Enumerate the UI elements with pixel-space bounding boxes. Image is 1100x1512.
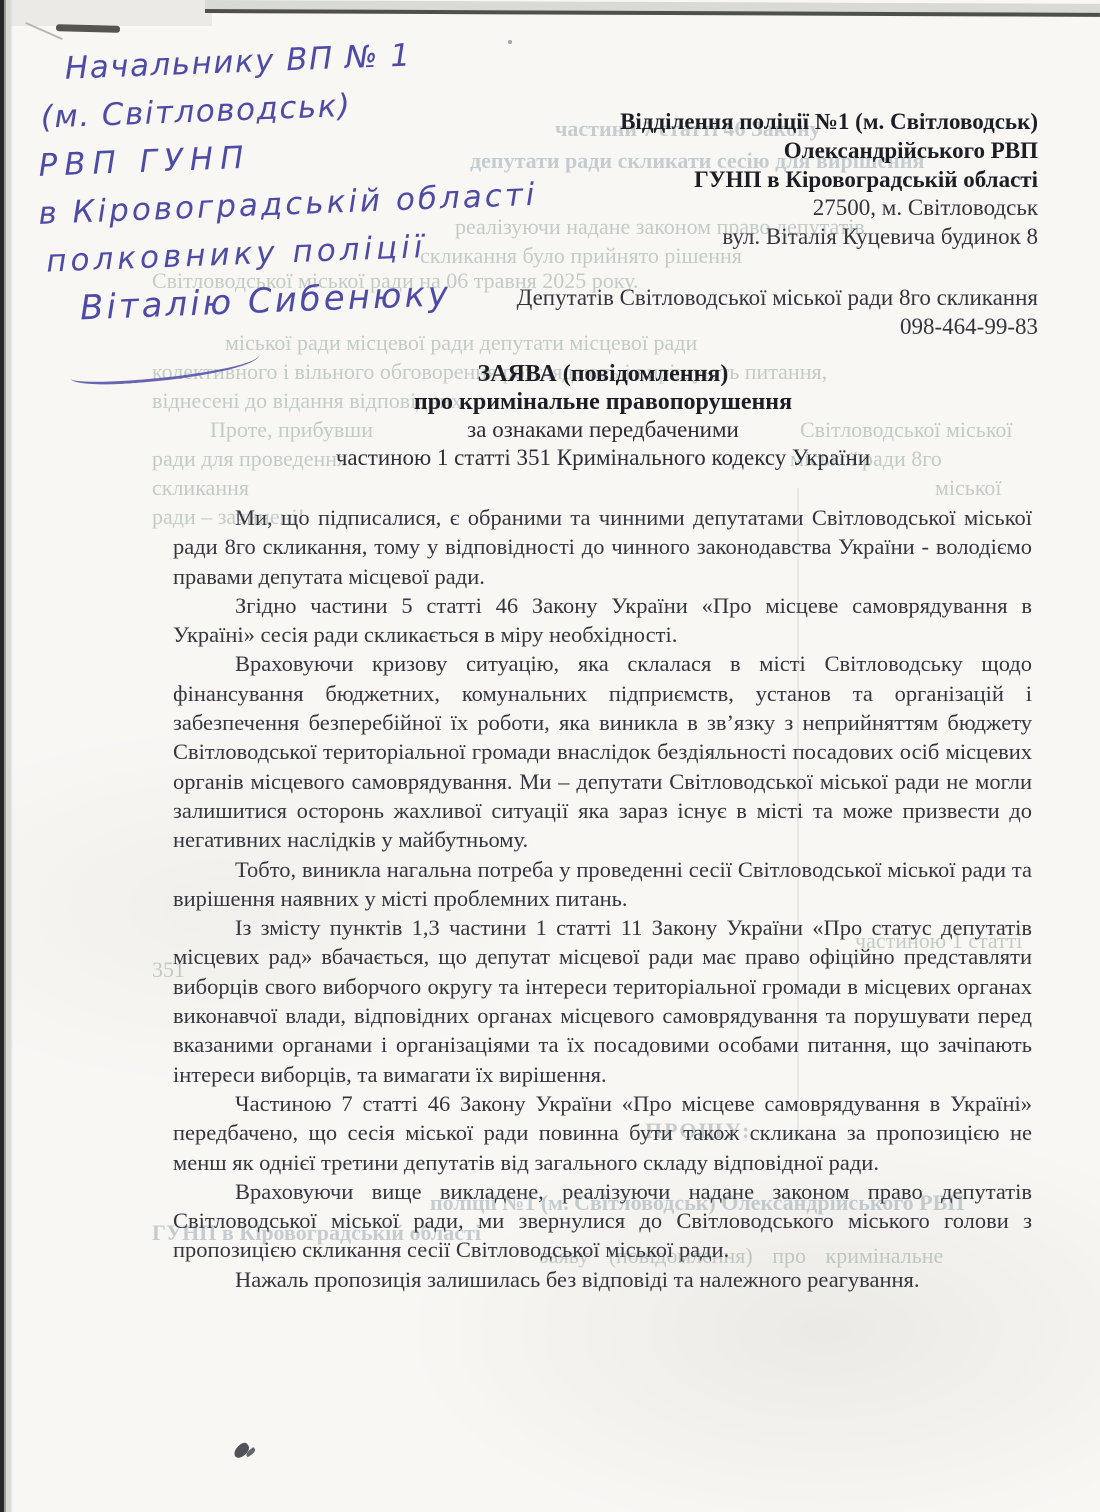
bleed-through-fragment: міської xyxy=(935,475,1002,501)
header-line: Олександрійського РВП xyxy=(620,137,1038,166)
document-body: Ми, що підписалися, є обраними та чинним… xyxy=(173,503,1032,1294)
header-line: вул. Віталія Куцевича будинок 8 xyxy=(620,223,1038,252)
body-paragraph: Враховуючи вище викладене, реалізуючи на… xyxy=(173,1177,1032,1265)
scan-edge-top xyxy=(205,0,1100,17)
bleed-through-fragment: скликання xyxy=(152,475,249,501)
title-line: частиною 1 статті 351 Кримінального коде… xyxy=(173,444,1033,472)
body-paragraph: Враховуючи кризову ситуацію, яка склалас… xyxy=(173,649,1032,854)
body-paragraph: Із змісту пунктів 1,3 частини 1 статті 1… xyxy=(173,913,1032,1089)
handwritten-addressee: Начальнику ВП № 1 (м. Світловодськ) РВП … xyxy=(32,27,542,334)
scanner-streak xyxy=(797,488,799,1138)
header-line: 27500, м. Світловодськ xyxy=(620,194,1038,223)
ink-dot xyxy=(508,40,512,44)
title-line: за ознаками передбаченими xyxy=(173,416,1033,444)
applicant-line: Депутатів Світловодської міської ради 8г… xyxy=(517,283,1038,312)
folded-corner-shadow xyxy=(56,24,120,33)
scan-edge-left xyxy=(0,0,13,1512)
document-title: ЗАЯВА (повідомлення) про кримінальне пра… xyxy=(173,361,1033,471)
body-paragraph: Частиною 7 статті 46 Закону України «Про… xyxy=(173,1089,1032,1177)
scanned-document-page: частини 7 статті 46 Закону депутати ради… xyxy=(0,0,1100,1512)
ink-smudge xyxy=(231,1441,251,1460)
body-paragraph: Нажаль пропозиція залишилась без відпові… xyxy=(173,1265,1032,1294)
body-paragraph: Згідно частини 5 статті 46 Закону Україн… xyxy=(173,591,1032,650)
header-line: Відділення поліції №1 (м. Світловодськ) xyxy=(620,108,1038,137)
body-paragraph: Ми, що підписалися, є обраними та чинним… xyxy=(173,503,1032,591)
applicant-block: Депутатів Світловодської міської ради 8г… xyxy=(517,283,1038,341)
phone-number: 098-464-99-83 xyxy=(517,312,1038,341)
body-paragraph: Тобто, виникла нагальна потреба у провед… xyxy=(173,855,1032,914)
scanner-background-corner xyxy=(0,0,212,26)
title-line: про кримінальне правопорушення xyxy=(173,389,1033,417)
title-line: ЗАЯВА (повідомлення) xyxy=(173,361,1033,389)
header-line: ГУНП в Кіровоградській області xyxy=(620,166,1038,195)
recipient-header: Відділення поліції №1 (м. Світловодськ) … xyxy=(620,108,1038,252)
